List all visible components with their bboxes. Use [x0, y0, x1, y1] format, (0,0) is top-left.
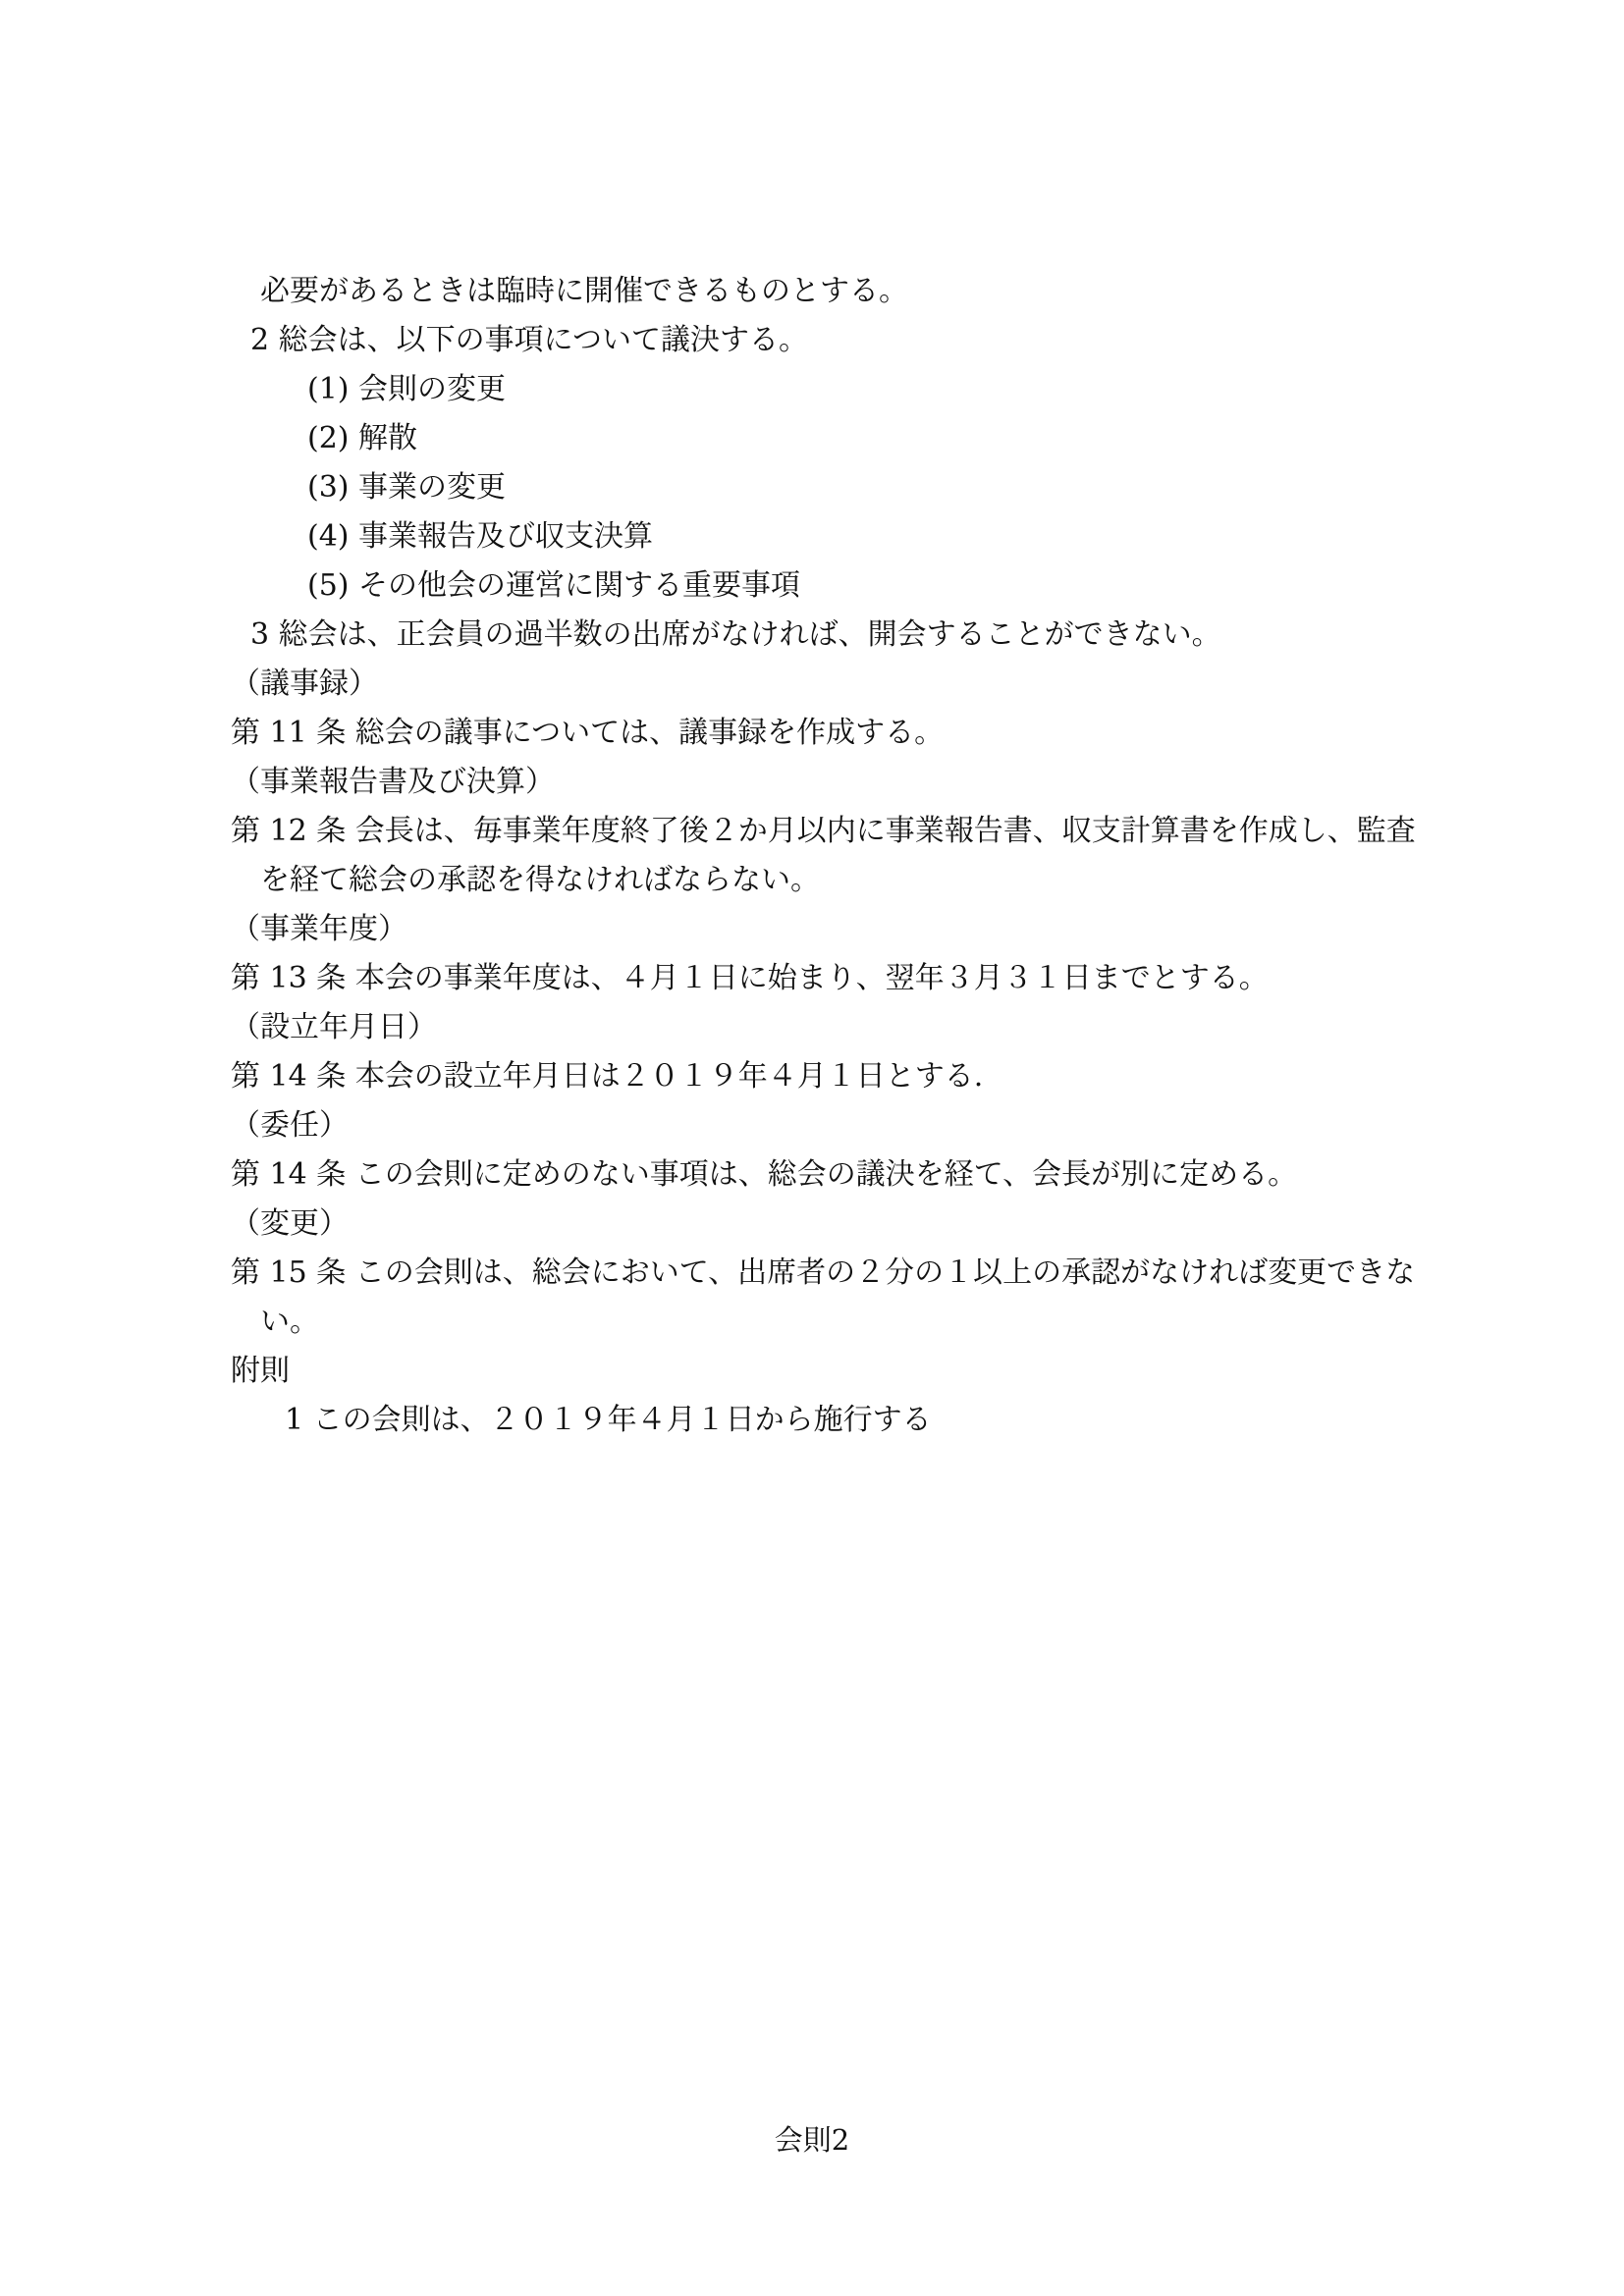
text-line: (5) その他会の運営に関する重要事項	[307, 561, 1409, 611]
document-page: 必要があるときは臨時に開催できるものとする。2 総会は、以下の事項について議決す…	[0, 0, 1624, 2296]
text-line: 第 14 条 本会の設立年月日は２０１９年４月１日とする.	[231, 1052, 1409, 1101]
text-line: 第 11 条 総会の議事については、議事録を作成する。	[231, 709, 1409, 758]
text-line: (3) 事業の変更	[307, 463, 1409, 512]
text-line: (4) 事業報告及び収支決算	[307, 512, 1409, 561]
page-footer: 会則2	[0, 2123, 1624, 2157]
text-line: (1) 会則の変更	[307, 365, 1409, 414]
text-line: （委任）	[231, 1101, 1409, 1150]
text-line: 1 この会則は、２０１９年４月１日から施行する	[285, 1396, 1409, 1445]
text-line: （事業年度）	[231, 905, 1409, 954]
document-body: 必要があるときは臨時に開催できるものとする。2 総会は、以下の事項について議決す…	[231, 267, 1409, 1445]
text-line: 3 総会は、正会員の過半数の出席がなければ、開会することができない。	[250, 611, 1409, 660]
text-line: 必要があるときは臨時に開催できるものとする。	[260, 267, 1409, 316]
text-line: 第 15 条 この会則は、総会において、出席者の２分の１以上の承認がなければ変更…	[231, 1249, 1409, 1298]
page-footer-label: 会則2	[775, 2123, 849, 2157]
text-line: い。	[260, 1298, 1409, 1347]
text-line: （議事録）	[231, 660, 1409, 709]
text-line: 2 総会は、以下の事項について議決する。	[250, 316, 1409, 365]
text-line: （変更）	[231, 1200, 1409, 1249]
text-line: を経て総会の承認を得なければならない。	[260, 856, 1409, 905]
text-line: 第 13 条 本会の事業年度は、４月１日に始まり、翌年３月３１日までとする。	[231, 954, 1409, 1003]
text-line: （事業報告書及び決算）	[231, 758, 1409, 807]
text-line: 第 14 条 この会則に定めのない事項は、総会の議決を経て、会長が別に定める。	[231, 1150, 1409, 1200]
text-line: （設立年月日）	[231, 1003, 1409, 1052]
text-line: (2) 解散	[307, 414, 1409, 463]
text-line: 第 12 条 会長は、毎事業年度終了後２か月以内に事業報告書、収支計算書を作成し…	[231, 807, 1409, 856]
text-line: 附則	[231, 1347, 1409, 1396]
